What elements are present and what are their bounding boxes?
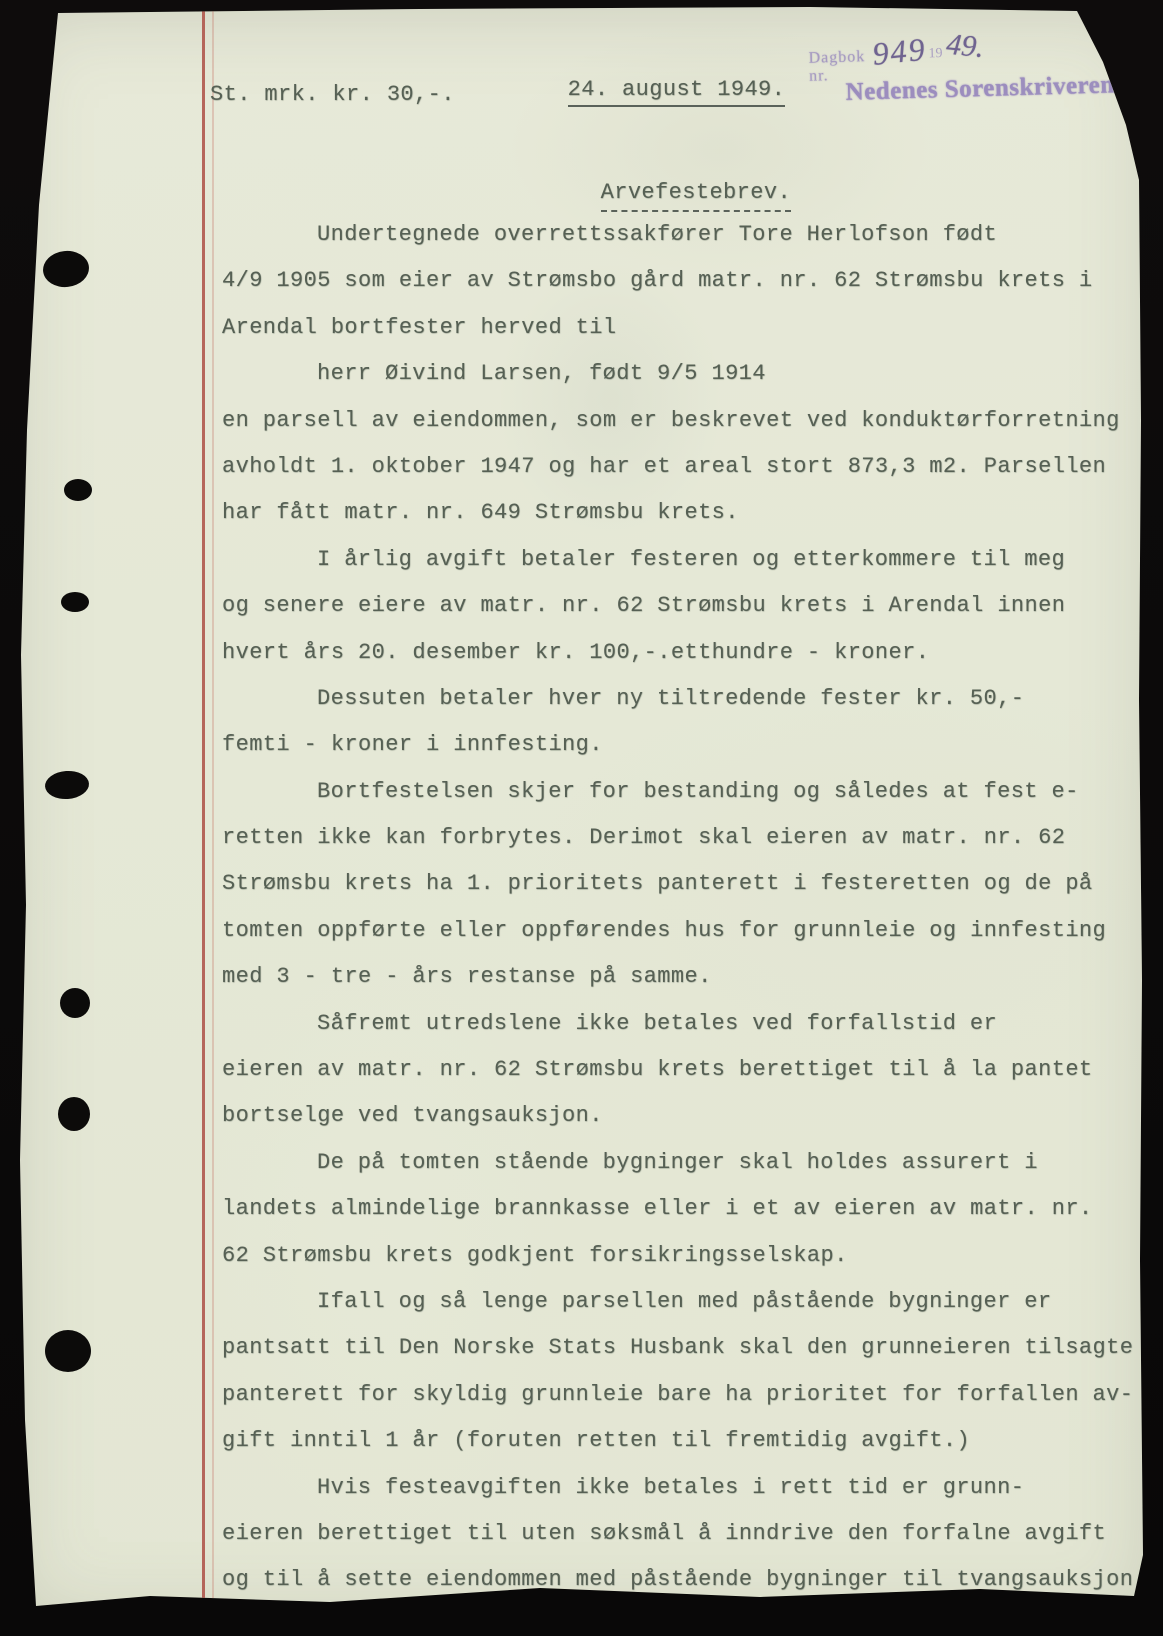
stamp-journal-number-handwritten: 949 <box>871 31 928 73</box>
document-line: tomten oppførte eller oppførendes hus fo… <box>222 908 1142 954</box>
document-line: eieren av matr. nr. 62 Strømsbu krets be… <box>222 1047 1142 1093</box>
document-line: Dessuten betaler hver ny tiltredende fes… <box>222 676 1142 722</box>
document-line: Arendal bortfester herved til <box>222 305 1142 351</box>
document-line: Strømsbu krets ha 1. prioritets panteret… <box>222 861 1142 907</box>
punch-hole <box>45 1330 91 1372</box>
document-line: gift inntil 1 år (foruten retten til fre… <box>222 1418 1142 1464</box>
document-line: De på tomten stående bygninger skal hold… <box>222 1140 1142 1186</box>
punch-hole <box>58 1097 90 1131</box>
document-line: Bortfestelsen skjer for bestanding og så… <box>222 769 1142 815</box>
document-date: 24. august 1949. <box>486 52 785 127</box>
document-line: herr Øivind Larsen, født 9/5 1914 <box>222 351 1142 397</box>
document-line: pantsatt til Den Norske Stats Husbank sk… <box>222 1325 1142 1371</box>
document-line: landets almindelige brannkasse eller i e… <box>222 1186 1142 1232</box>
document-line: avholdt 1. oktober 1947 og har et areal … <box>222 444 1142 490</box>
document-title-text: Arvefestebrev. <box>601 180 791 212</box>
margin-line <box>202 10 205 1600</box>
document-line: I årlig avgift betaler festeren og etter… <box>222 537 1142 583</box>
document-line: eieren berettiget til uten søksmål å inn… <box>222 1511 1142 1557</box>
stamp-office-name: Nedenes Sorenskriverembede <box>845 70 1163 107</box>
document-line: og senere eiere av matr. nr. 62 Strømsbu… <box>222 583 1142 629</box>
document-line: retten ikke kan forbrytes. Derimot skal … <box>222 815 1142 861</box>
document-line: 62 Strømsbu krets godkjent forsikringsse… <box>222 1233 1142 1279</box>
punch-hole <box>64 479 92 501</box>
punch-hole <box>60 988 90 1018</box>
stamp-year-prefix: 19 <box>928 46 942 62</box>
margin-line-echo <box>212 10 214 1600</box>
stamp-year-handwritten: 49. <box>945 28 986 65</box>
document-line: panterett for skyldig grunnleie bare ha … <box>222 1372 1142 1418</box>
document-line: Ifall og så lenge parsellen med påståend… <box>222 1279 1142 1325</box>
document-line: Såfremt utredslene ikke betales ved forf… <box>222 1001 1142 1047</box>
document-page: 24. august 1949. St. mrk. kr. 30,-. Arve… <box>0 0 1163 1636</box>
document-line: bortselge ved tvangsauksjon. <box>222 1093 1142 1139</box>
document-line: Hvis festeavgiften ikke betales i rett t… <box>222 1465 1142 1511</box>
stamp-duty-note: St. mrk. kr. 30,-. <box>210 82 455 107</box>
document-line: har fått matr. nr. 649 Strømsbu krets. <box>222 490 1142 536</box>
document-line: Undertegnede overrettssakfører Tore Herl… <box>222 212 1142 258</box>
document-date-text: 24. august 1949. <box>568 77 786 107</box>
document-line: 4/9 1905 som eier av Strømsbo gård matr.… <box>222 258 1142 304</box>
document-line: og til å sette eiendommen med påstående … <box>222 1557 1142 1603</box>
document-line: med 3 - tre - års restanse på samme. <box>222 954 1142 1000</box>
document-body: Undertegnede overrettssakfører Tore Herl… <box>222 212 1142 1604</box>
document-line: en parsell av eiendommen, som er beskrev… <box>222 398 1142 444</box>
punch-hole <box>44 769 90 800</box>
punch-hole <box>41 249 91 290</box>
document-line: femti - kroner i innfesting. <box>222 722 1142 768</box>
document-line: hvert års 20. desember kr. 100,-.etthund… <box>222 630 1142 676</box>
scanned-page-photo: 24. august 1949. St. mrk. kr. 30,-. Arve… <box>0 0 1163 1636</box>
punch-hole <box>61 592 89 612</box>
